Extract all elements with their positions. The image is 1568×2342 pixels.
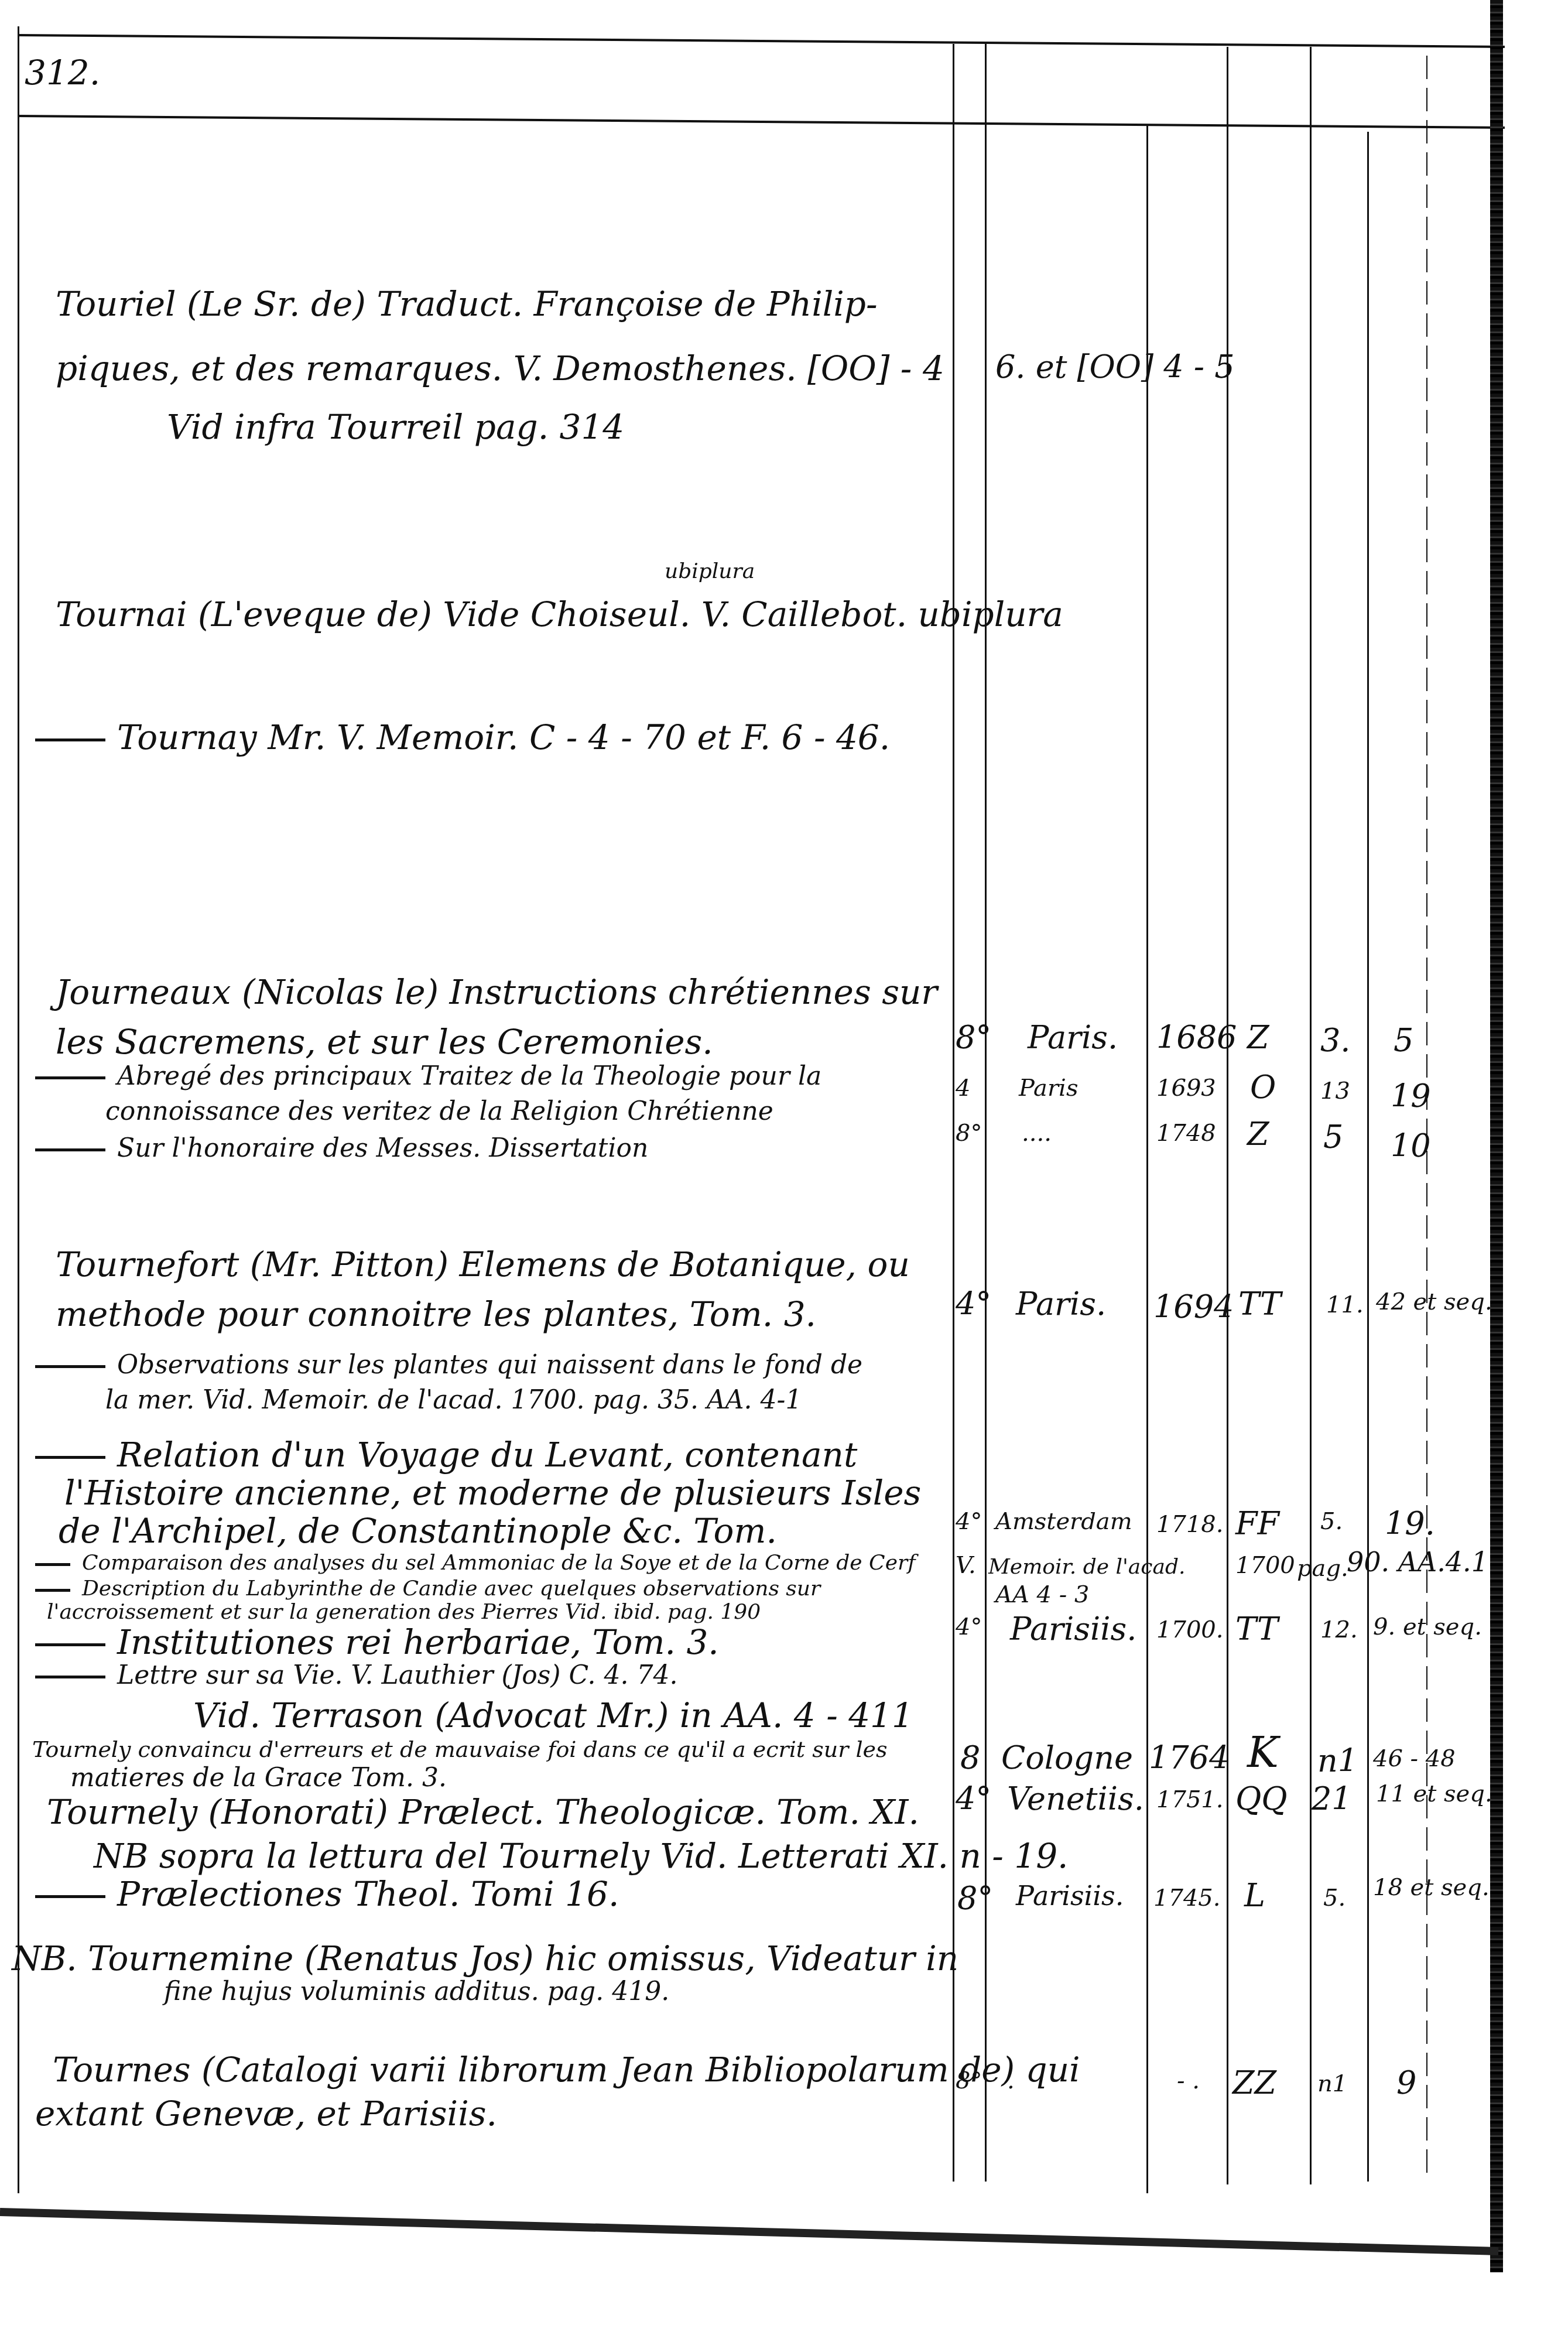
tournefort-r1-page: 42 et seq. [1376, 1288, 1492, 1315]
tournes-r1-shelf: ZZ [1233, 2064, 1276, 2101]
entry-tournay-text: Tournay Mr. V. Memoir. C - 4 - 70 et F. … [117, 717, 890, 757]
tournefort-r3-place: Memoir. de l'acad. [988, 1555, 1185, 1579]
tournefort-r5-tome: 12. [1320, 1616, 1358, 1643]
tournefort-r3-page: 90. AA.4.1 [1347, 1546, 1488, 1578]
entry-tournefort-line-10: l'accroissement et sur la generation des… [47, 1600, 761, 1624]
tournefort-r5-shelf: TT [1235, 1611, 1278, 1647]
journeaux-r3-page: 10 [1391, 1127, 1431, 1164]
tournely-r3-tome: 5. [1323, 1885, 1346, 1912]
tournefort-r3-tome: pag. [1297, 1555, 1348, 1582]
tournely-r2-tome: 21 [1312, 1780, 1352, 1817]
tournefort-r5-year: 1700. [1156, 1616, 1224, 1643]
entry-tournefort-line-8: Comparaison des analyses du sel Ammoniac… [35, 1551, 915, 1575]
ditto-dash [35, 739, 105, 741]
tournes-r1-place: . [1007, 2067, 1015, 2094]
tournely-r2-format: 4° [956, 1780, 991, 1817]
journeaux-r3-place: .... [1022, 1120, 1052, 1147]
entry-touriel-ref: 6. et [OO] 4 - 5 [995, 348, 1235, 385]
entry-tournefort-line-7: de l'Archipel, de Constantinople &c. Tom… [59, 1511, 777, 1551]
journeaux-r1-page: 5 [1394, 1022, 1413, 1059]
journeaux-r1-year: 1686 [1156, 1019, 1237, 1056]
entry-tournai-superscript: ubiplura [665, 559, 755, 583]
entry-tournefort-line-6: l'Histoire ancienne, et moderne de plusi… [64, 1473, 921, 1513]
tournely-r3-place: Parisiis. [1016, 1880, 1124, 1912]
entry-tournefort-line-4: la mer. Vid. Memoir. de l'acad. 1700. pa… [105, 1385, 802, 1415]
tournefort-r1-year: 1694 [1153, 1288, 1234, 1325]
entry-tournemine-line-1: NB. Tournemine (Renatus Jos) hic omissus… [12, 1938, 958, 1978]
journeaux-r1-place: Paris. [1028, 1019, 1118, 1056]
tournely-r2-year: 1751. [1156, 1786, 1224, 1813]
journeaux-r1-tome: 3. [1320, 1022, 1351, 1059]
entry-tournefort-line-12: Lettre sur sa Vie. V. Lauthier (Jos) C. … [35, 1660, 678, 1690]
tournely-r2-place: Venetiis. [1007, 1780, 1144, 1817]
tournefort-r1-format: 4° [956, 1285, 991, 1322]
journeaux-r2-format: 4 [956, 1075, 970, 1102]
entry-tournely-line-1: Tournely convaincu d'erreurs et de mauva… [32, 1736, 888, 1762]
tournely-r3-page: 18 et seq. [1373, 1874, 1490, 1901]
tournefort-r3-format: V. [956, 1552, 976, 1579]
tournefort-r1-tome: 11. [1326, 1291, 1364, 1318]
entry-tournai: Tournai (L'eveque de) Vide Choiseul. V. … [56, 594, 1063, 634]
tournefort-r1-shelf: TT [1238, 1285, 1281, 1322]
page-number: 312. [25, 53, 100, 93]
entry-tournefort-line-5: Relation d'un Voyage du Levant, contenan… [35, 1435, 857, 1475]
tournes-r1-format: 8° [956, 2067, 982, 2094]
entry-tournes-line-1: Tournes (Catalogi varii librorum Jean Bi… [53, 2050, 1080, 2090]
tournely-r1-format: 8 [960, 1739, 980, 1776]
tournefort-r3-year: 1700 [1235, 1552, 1295, 1579]
journeaux-r2-tome: 13 [1320, 1078, 1350, 1105]
entry-touriel-line-3: Vid infra Tourreil pag. 314 [167, 407, 624, 447]
entry-touriel-line-1: Touriel (Le Sr. de) Traduct. Françoise d… [56, 284, 878, 324]
header-top-rule [18, 34, 1505, 48]
journeaux-r2-year: 1693 [1156, 1075, 1216, 1102]
tournefort-r5-place: Parisiis. [1010, 1611, 1136, 1647]
column-rule-tome [1310, 47, 1312, 2184]
tournefort-r2-year: 1718. [1156, 1511, 1224, 1538]
tournefort-r2-page: 19. [1385, 1505, 1435, 1542]
entry-tournemine-line-2: fine hujus voluminis additus. pag. 419. [164, 1977, 669, 2006]
entry-journeaux-line-1: Journeaux (Nicolas le) Instructions chré… [56, 972, 937, 1012]
journeaux-r3-year: 1748 [1156, 1120, 1216, 1147]
tournely-r1-shelf: K [1247, 1728, 1279, 1777]
tournefort-r2-place: Amsterdam [995, 1508, 1132, 1535]
entry-tournefort-line-9: Description du Labyrinthe de Candie avec… [35, 1577, 820, 1601]
column-rule-year [1146, 126, 1148, 2193]
column-rule-right-dashed [1426, 56, 1427, 2182]
entry-touriel-line-2: piques, et des remarques. V. Demosthenes… [56, 348, 944, 388]
tournefort-r5-page: 9. et seq. [1373, 1613, 1482, 1640]
journeaux-r2-page: 19 [1391, 1078, 1431, 1114]
tournely-r2-shelf: QQ [1235, 1780, 1288, 1817]
tournefort-r4-ref: AA 4 - 3 [995, 1581, 1089, 1608]
tournely-r3-year: 1745. [1153, 1885, 1221, 1912]
tournefort-r5-format: 4° [956, 1613, 982, 1640]
entry-tournely-line-5: Prælectiones Theol. Tomi 16. [35, 1874, 619, 1914]
tournely-r1-page: 46 - 48 [1373, 1745, 1456, 1772]
journeaux-r1-shelf: Z [1247, 1019, 1269, 1056]
entry-journeaux-line-3: Abregé des principaux Traitez de la Theo… [35, 1061, 821, 1091]
tournely-r1-place: Cologne [1001, 1739, 1133, 1776]
journeaux-r2-shelf: O [1250, 1069, 1276, 1106]
journeaux-r3-tome: 5 [1323, 1119, 1343, 1155]
journeaux-r2-place: Paris [1019, 1075, 1078, 1102]
entry-tournely-line-4: NB sopra la lettura del Tournely Vid. Le… [94, 1836, 1069, 1876]
tournes-r1-page: 9 [1396, 2064, 1416, 2101]
entry-journeaux-line-5: Sur l'honoraire des Messes. Dissertation [35, 1133, 648, 1163]
journeaux-r1-format: 8° [956, 1019, 991, 1056]
column-rule-page [1367, 132, 1369, 2182]
tournefort-r1-place: Paris. [1016, 1285, 1106, 1322]
entry-tournefort-line-2: methode pour connoitre les plantes, Tom.… [56, 1294, 816, 1334]
entry-tournely-line-2: matieres de la Grace Tom. 3. [70, 1763, 447, 1793]
tournefort-r2-shelf: FF [1235, 1505, 1279, 1542]
tournes-r1-tome: n1 [1317, 2070, 1347, 2097]
entry-tournay: Tournay Mr. V. Memoir. C - 4 - 70 et F. … [35, 717, 890, 757]
tournefort-r2-format: 4° [956, 1508, 982, 1535]
entry-journeaux-line-2: les Sacremens, et sur les Ceremonies. [56, 1022, 713, 1062]
page-bottom-edge [0, 2208, 1498, 2255]
tournes-r1-year: - . [1177, 2067, 1200, 2094]
journeaux-r3-shelf: Z [1247, 1116, 1269, 1153]
tournely-r1-year: 1764 [1149, 1739, 1229, 1776]
tournely-r1-tome: n1 [1317, 1742, 1358, 1779]
tournely-r3-format: 8° [957, 1880, 993, 1917]
entry-tournefort-line-3: Observations sur les plantes qui naissen… [35, 1350, 862, 1380]
tournely-r2-page: 11 et seq. [1376, 1780, 1492, 1807]
entry-tournefort-line-13: Vid. Terrason (Advocat Mr.) in AA. 4 - 4… [193, 1695, 913, 1735]
page-binding-edge [1490, 0, 1503, 2272]
manuscript-page: 312. Touriel (Le Sr. de) Traduct. Franço… [0, 0, 1568, 2342]
tournefort-r2-tome: 5. [1320, 1508, 1343, 1535]
header-bottom-rule [18, 115, 1505, 129]
entry-tournefort-line-11: Institutiones rei herbariae, Tom. 3. [35, 1622, 719, 1662]
entry-tournefort-line-1: Tournefort (Mr. Pitton) Elemens de Botan… [56, 1244, 910, 1284]
tournely-r3-shelf: L [1244, 1877, 1265, 1914]
entry-tournes-line-2: extant Genevæ, et Parisiis. [35, 2094, 497, 2134]
entry-journeaux-line-4: connoissance des veritez de la Religion … [105, 1096, 773, 1126]
entry-tournely-line-3: Tournely (Honorati) Prælect. Theologicæ.… [47, 1792, 919, 1832]
left-margin-rule [18, 26, 19, 2193]
journeaux-r3-format: 8° [956, 1120, 982, 1147]
